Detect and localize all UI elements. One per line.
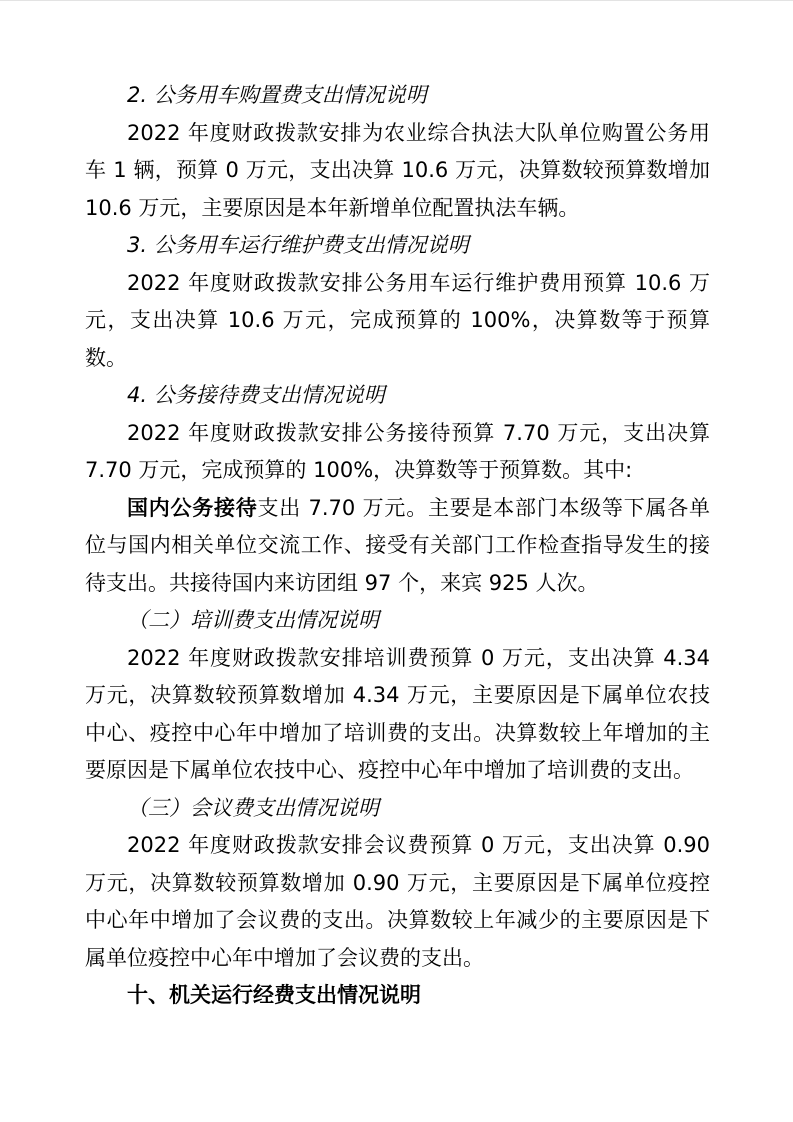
subheading-training-expense: （二）培训费支出情况说明 <box>85 602 710 640</box>
document-content: 2. 公务用车购置费支出情况说明 2022 年度财政拨款安排为农业综合执法大队单… <box>85 77 710 1015</box>
subheading-meeting-expense: （三）会议费支出情况说明 <box>85 790 710 828</box>
subheading-official-reception-expense: 4. 公务接待费支出情况说明 <box>85 377 710 415</box>
domestic-reception-bold-lead: 国内公务接待 <box>127 496 258 520</box>
paragraph-meeting-expense-detail: 2022 年度财政拨款安排会议费预算 0 万元，支出决算 0.90 万元，决算数… <box>85 827 710 977</box>
paragraph-domestic-reception-detail: 国内公务接待支出 7.70 万元。主要是本部门本级等下属各单位与国内相关单位交流… <box>85 490 710 603</box>
document-page: 2. 公务用车购置费支出情况说明 2022 年度财政拨款安排为农业综合执法大队单… <box>0 0 793 1122</box>
heading-agency-operating-expense: 十、机关运行经费支出情况说明 <box>85 977 710 1015</box>
paragraph-vehicle-purchase-detail: 2022 年度财政拨款安排为农业综合执法大队单位购置公务用车 1 辆，预算 0 … <box>85 115 710 228</box>
subheading-vehicle-maintenance-expense: 3. 公务用车运行维护费支出情况说明 <box>85 227 710 265</box>
paragraph-training-expense-detail: 2022 年度财政拨款安排培训费预算 0 万元，支出决算 4.34 万元，决算数… <box>85 640 710 790</box>
subheading-vehicle-purchase-expense: 2. 公务用车购置费支出情况说明 <box>85 77 710 115</box>
paragraph-official-reception-detail: 2022 年度财政拨款安排公务接待预算 7.70 万元，支出决算 7.70 万元… <box>85 415 710 490</box>
paragraph-vehicle-maintenance-detail: 2022 年度财政拨款安排公务用车运行维护费用预算 10.6 万元，支出决算 1… <box>85 265 710 378</box>
